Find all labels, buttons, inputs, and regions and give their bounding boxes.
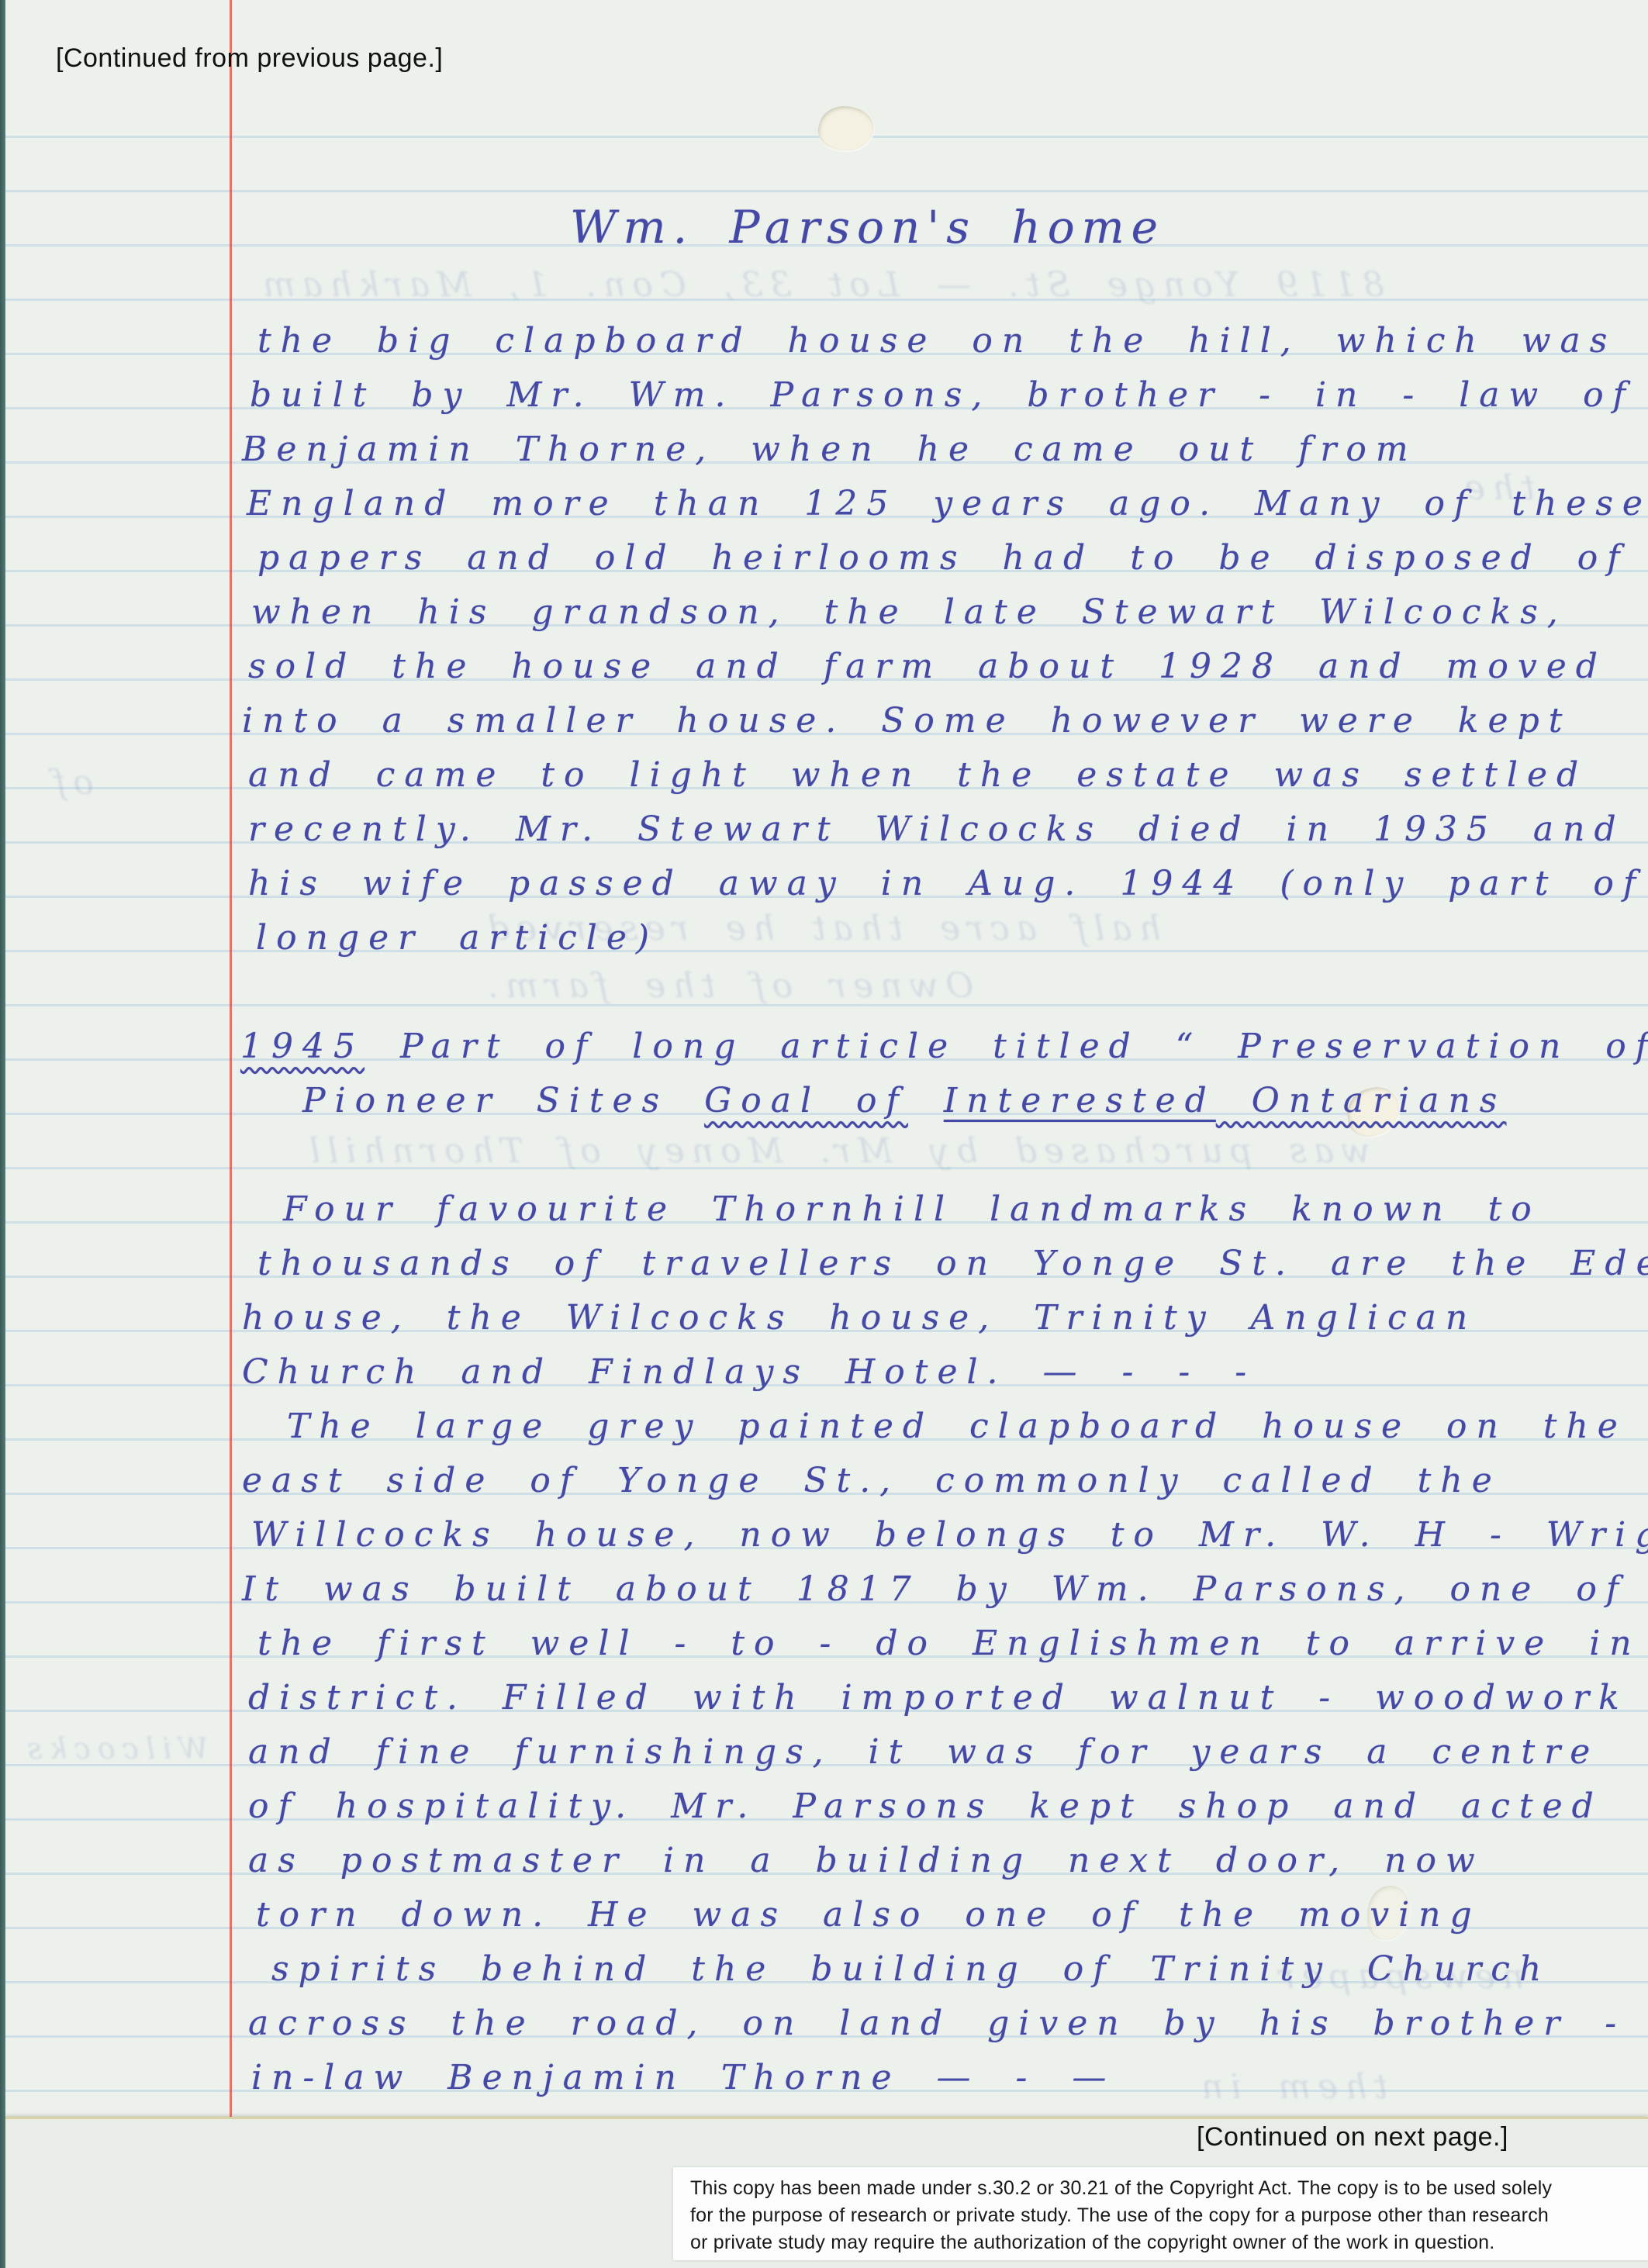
handwritten-line: The large grey painted clapboard house o… bbox=[240, 1400, 1636, 1454]
handwritten-line: 1945 Part of long article titled “ Prese… bbox=[240, 1020, 1636, 1074]
copyright-notice: This copy has been made under s.30.2 or … bbox=[673, 2167, 1648, 2260]
handwritten-line bbox=[240, 1128, 1636, 1182]
handwritten-line: Pioneer Sites Goal of Interested Ontaria… bbox=[240, 1074, 1636, 1128]
handwritten-line: longer article) bbox=[240, 911, 1636, 965]
handwritten-line: England more than 125 years ago. Many of… bbox=[240, 477, 1636, 531]
handwritten-line: recently. Mr. Stewart Wilcocks died in 1… bbox=[240, 803, 1636, 857]
scanned-manuscript-page: 8119 Yonge St. — Lot 33, Con. 1, Markham… bbox=[0, 0, 1648, 2268]
handwritten-line: in-law Benjamin Thorne — - — bbox=[240, 2051, 1636, 2105]
handwritten-line: as postmaster in a building next door, n… bbox=[240, 1834, 1636, 1888]
handwritten-line bbox=[240, 965, 1636, 1020]
bleed-through-text: 8119 Yonge St. — Lot 33, Con. 1, Markham bbox=[256, 262, 1384, 309]
handwritten-line: and fine furnishings, it was for years a… bbox=[240, 1725, 1636, 1780]
continued-on-annotation: [Continued on next page.] bbox=[1197, 2121, 1508, 2152]
handwritten-line: district. Filled with imported walnut - … bbox=[240, 1671, 1636, 1725]
handwritten-line: across the road, on land given by his br… bbox=[240, 1997, 1636, 2051]
handwritten-line: thousands of travellers on Yonge St. are… bbox=[240, 1237, 1636, 1291]
handwritten-segment: Part of long article titled “ Preservati… bbox=[364, 1027, 1648, 1066]
handwritten-line: Willcocks house, now belongs to Mr. W. H… bbox=[240, 1508, 1636, 1562]
handwritten-line: spirits behind the building of Trinity C… bbox=[240, 1942, 1636, 1997]
handwritten-line: his wife passed away in Aug. 1944 (only … bbox=[240, 857, 1636, 911]
manuscript-lines: the big clapboard house on the hill, whi… bbox=[240, 314, 1636, 2105]
bleed-through-text: of bbox=[47, 760, 94, 806]
handwritten-line: into a smaller house. Some however were … bbox=[240, 694, 1636, 748]
continued-from-annotation: [Continued from previous page.] bbox=[56, 43, 443, 74]
copyright-line: or private study may require the authori… bbox=[690, 2229, 1648, 2256]
handwritten-line: Church and Findlays Hotel. — - - - bbox=[240, 1345, 1636, 1400]
handwritten-line: sold the house and farm about 1928 and m… bbox=[240, 640, 1636, 694]
handwritten-line: the big clapboard house on the hill, whi… bbox=[240, 314, 1636, 368]
copyright-line: This copy has been made under s.30.2 or … bbox=[690, 2175, 1648, 2202]
handwritten-segment: Ontarians bbox=[1216, 1081, 1507, 1120]
handwritten-line: when his grandson, the late Stewart Wilc… bbox=[240, 585, 1636, 640]
handwritten-line: Four favourite Thornhill landmarks known… bbox=[240, 1182, 1636, 1237]
handwritten-line: Benjamin Thorne, when he came out from bbox=[240, 423, 1636, 477]
handwritten-line: torn down. He was also one of the moving bbox=[240, 1888, 1636, 1942]
handwritten-line: built by Mr. Wm. Parsons, brother - in -… bbox=[240, 368, 1636, 423]
manuscript-title: Wm. Parson's home bbox=[570, 200, 1165, 254]
handwritten-segment: Pioneer Sites bbox=[302, 1081, 704, 1120]
handwritten-line: east side of Yonge St., commonly called … bbox=[240, 1454, 1636, 1508]
handwritten-line: of hospitality. Mr. Parsons kept shop an… bbox=[240, 1780, 1636, 1834]
handwritten-line: house, the Wilcocks house, Trinity Angli… bbox=[240, 1291, 1636, 1345]
handwritten-segment: Interested bbox=[944, 1081, 1216, 1120]
handwritten-line: and came to light when the estate was se… bbox=[240, 748, 1636, 803]
handwritten-segment: 1945 bbox=[240, 1027, 364, 1066]
scan-edge-strip bbox=[0, 0, 5, 2268]
handwritten-line: papers and old heirlooms had to be dispo… bbox=[240, 531, 1636, 585]
handwritten-segment: Goal of bbox=[704, 1081, 908, 1120]
handwritten-segment bbox=[908, 1081, 944, 1120]
handwritten-line: the first well - to - do Englishmen to a… bbox=[240, 1617, 1636, 1671]
bleed-through-text: Wilcocks bbox=[20, 1725, 209, 1772]
handwritten-line: It was built about 1817 by Wm. Parsons, … bbox=[240, 1562, 1636, 1617]
red-margin-line bbox=[230, 0, 232, 2118]
copyright-line: for the purpose of research or private s… bbox=[690, 2202, 1648, 2229]
